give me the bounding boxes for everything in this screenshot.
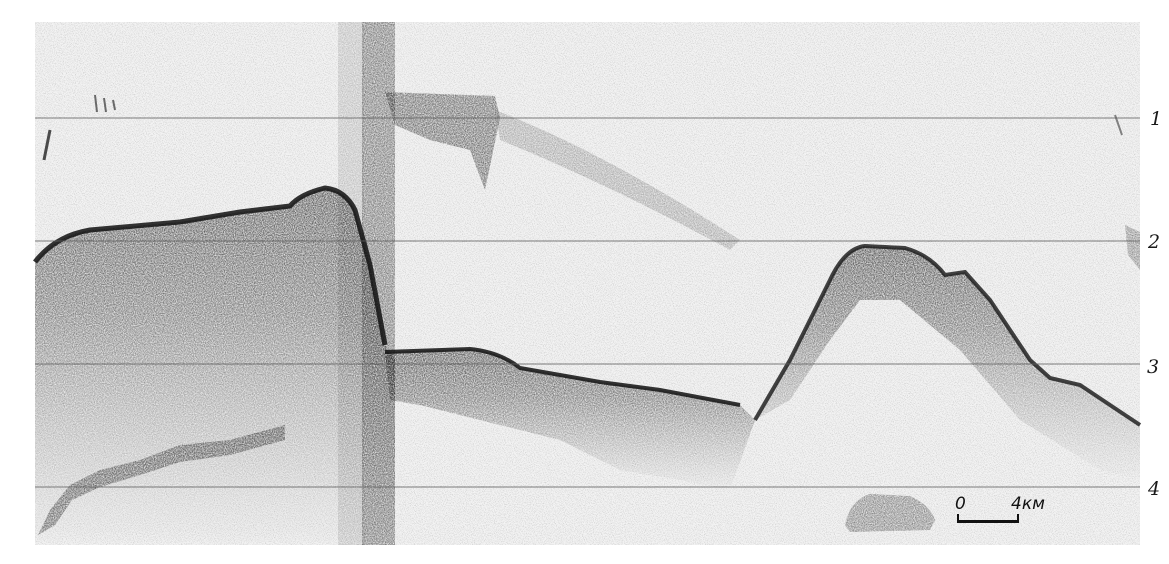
scale-bar bbox=[957, 514, 1019, 523]
seismic-profile bbox=[0, 0, 1169, 564]
depth-label-4: 4 bbox=[1148, 478, 1160, 500]
scale-start-label: 0 bbox=[955, 494, 966, 514]
depth-label-1: 1 bbox=[1150, 108, 1162, 130]
depth-label-3: 3 bbox=[1147, 356, 1159, 378]
scale-end-label: 4км bbox=[1011, 494, 1045, 514]
depth-label-2: 2 bbox=[1148, 231, 1160, 253]
